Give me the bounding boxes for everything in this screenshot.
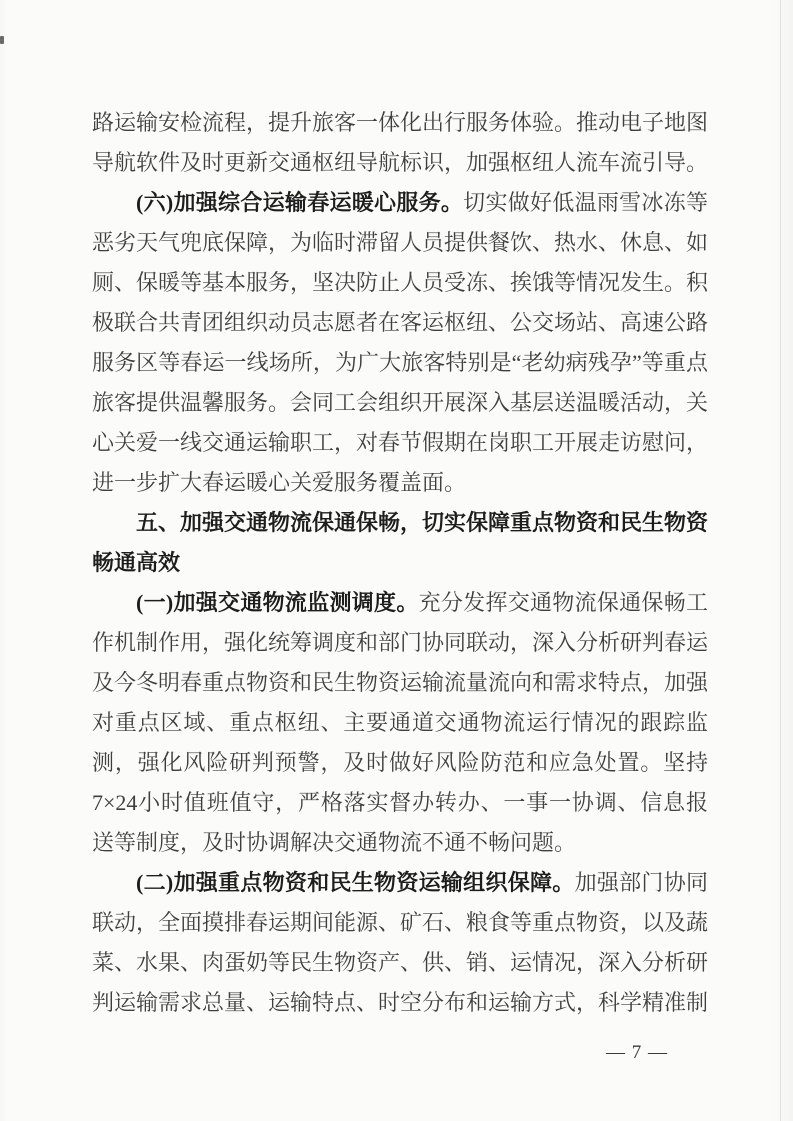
paragraph-item-6: (六)加强综合运输春运暖心服务。切实做好低温雨雪冰冻等恶劣天气兜底保障，为临时滞… [92, 183, 708, 503]
paragraph-item-1: (一)加强交通物流监测调度。充分发挥交通物流保通保畅工作机制作用，强化统筹调度和… [92, 583, 708, 863]
paragraph-lead-bold: (一)加强交通物流监测调度。 [136, 590, 419, 615]
paragraph-lead-bold: (二)加强重点物资和民生物资运输组织保障。 [136, 870, 575, 895]
paragraph-text: 充分发挥交通物流保通保畅工作机制作用，强化统筹调度和部门协同联动，深入分析研判春… [92, 590, 708, 855]
document-body: 路运输安检流程，提升旅客一体化出行服务体验。推动电子地图导航软件及时更新交通枢纽… [92, 103, 708, 1023]
scan-artifact-speck [0, 36, 4, 44]
scan-artifact-edge-line [780, 0, 781, 1121]
paragraph-text: 切实做好低温雨雪冰冻等恶劣天气兜底保障，为临时滞留人员提供餐饮、热水、休息、如厕… [92, 190, 708, 495]
paragraph-item-2: (二)加强重点物资和民生物资运输组织保障。加强部门协同联动，全面摸排春运期间能源… [92, 863, 708, 1023]
paragraph-continuation: 路运输安检流程，提升旅客一体化出行服务体验。推动电子地图导航软件及时更新交通枢纽… [92, 103, 708, 183]
scanned-page: 路运输安检流程，提升旅客一体化出行服务体验。推动电子地图导航软件及时更新交通枢纽… [0, 0, 793, 1121]
paragraph-text: 路运输安检流程，提升旅客一体化出行服务体验。推动电子地图导航软件及时更新交通枢纽… [92, 110, 708, 175]
section-heading-text: 五、加强交通物流保通保畅，切实保障重点物资和民生物资畅通高效 [92, 510, 708, 575]
page-number: — 7 — [606, 1040, 668, 1066]
paragraph-lead-bold: (六)加强综合运输春运暖心服务。 [136, 190, 463, 215]
section-heading-5: 五、加强交通物流保通保畅，切实保障重点物资和民生物资畅通高效 [92, 503, 708, 583]
